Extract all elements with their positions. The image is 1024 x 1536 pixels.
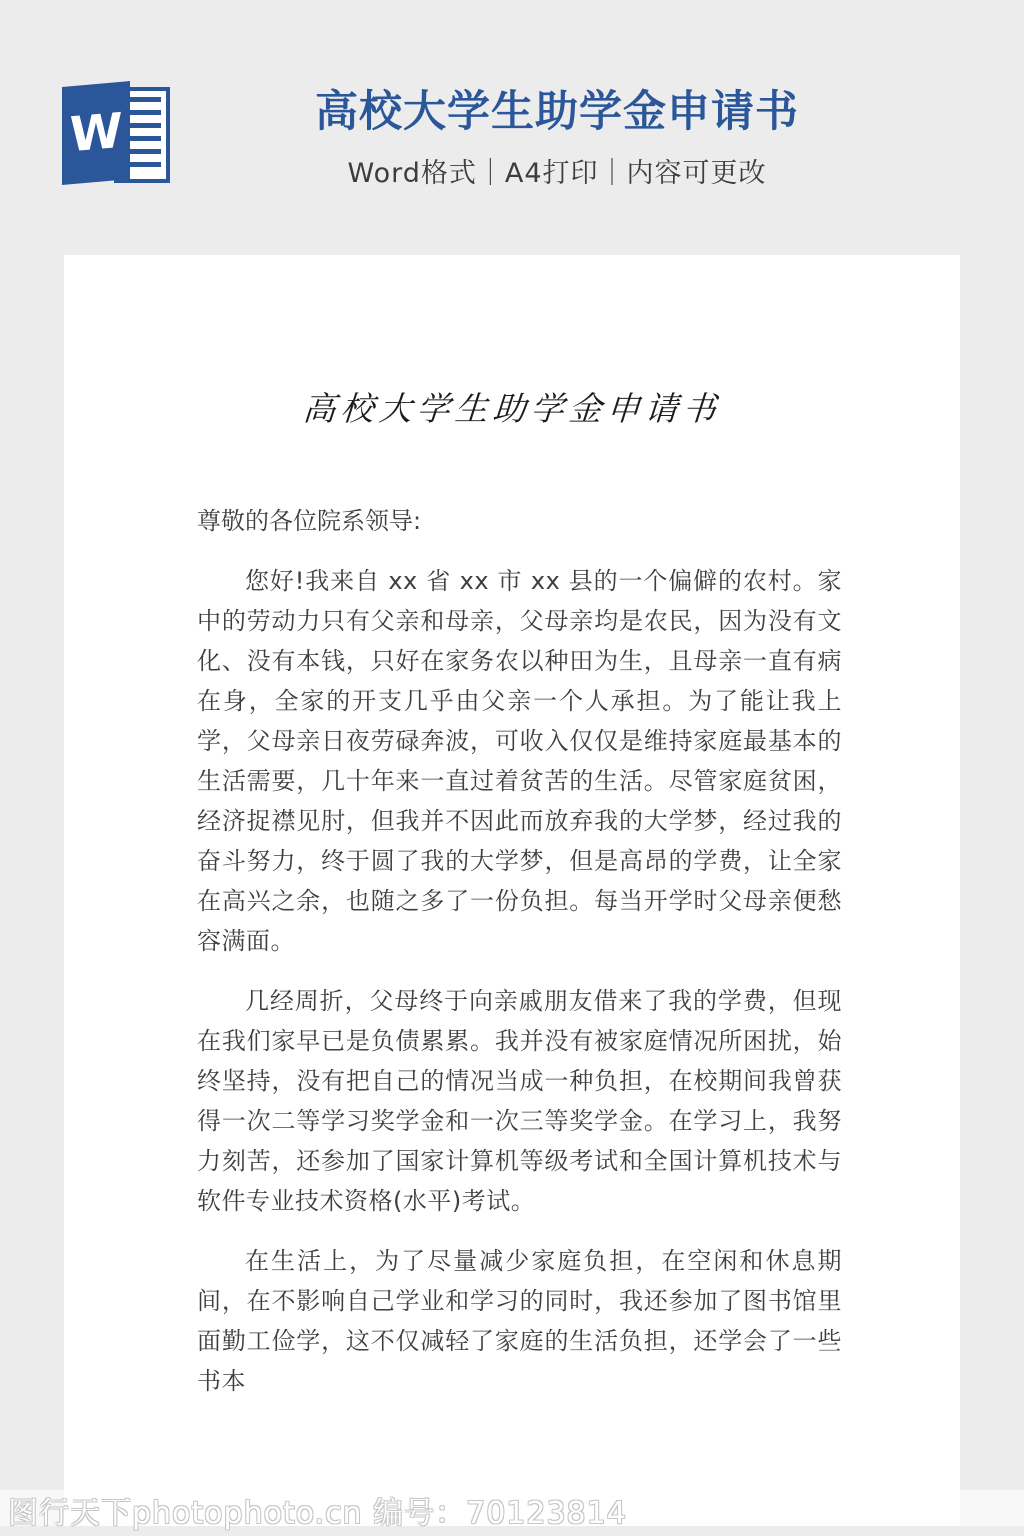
document-greeting: 尊敬的各位院系领导: [197, 501, 842, 541]
template-preview-page: W 高校大学生助学金申请书 Word格式｜A4打印｜内容可更改 高校大学生助学金… [0, 0, 1024, 1536]
document-page: 高校大学生助学金申请书 尊敬的各位院系领导: 您好!我来自 xx 省 xx 市 … [64, 255, 960, 1526]
document-body: 尊敬的各位院系领导: 您好!我来自 xx 省 xx 市 xx 县的一个偏僻的农村… [197, 501, 842, 1401]
page-title: 高校大学生助学金申请书 [207, 88, 907, 137]
document-title: 高校大学生助学金申请书 [62, 383, 961, 430]
watermark-text: 图行天下photophoto.cn 编号：70123814 [8, 1488, 627, 1532]
document-paragraph: 在生活上，为了尽量减少家庭负担，在空闲和休息期间，在不影响自己学业和学习的同时，… [197, 1241, 842, 1401]
header-text-block: 高校大学生助学金申请书 Word格式｜A4打印｜内容可更改 [207, 88, 907, 190]
word-icon-blue-panel: W [62, 81, 130, 185]
document-paragraph: 几经周折，父母终于向亲戚朋友借来了我的学费，但现在我们家早已是负债累累。我并没有… [197, 981, 842, 1221]
document-paragraph: 您好!我来自 xx 省 xx 市 xx 县的一个偏僻的农村。家中的劳动力只有父亲… [197, 561, 842, 961]
header: W 高校大学生助学金申请书 Word格式｜A4打印｜内容可更改 [0, 0, 1024, 255]
word-icon: W [62, 78, 170, 190]
watermark-bar: 图行天下photophoto.cn 编号：70123814 [0, 1490, 1024, 1526]
page-subtitle: Word格式｜A4打印｜内容可更改 [207, 151, 907, 190]
word-icon-letter: W [70, 107, 123, 160]
